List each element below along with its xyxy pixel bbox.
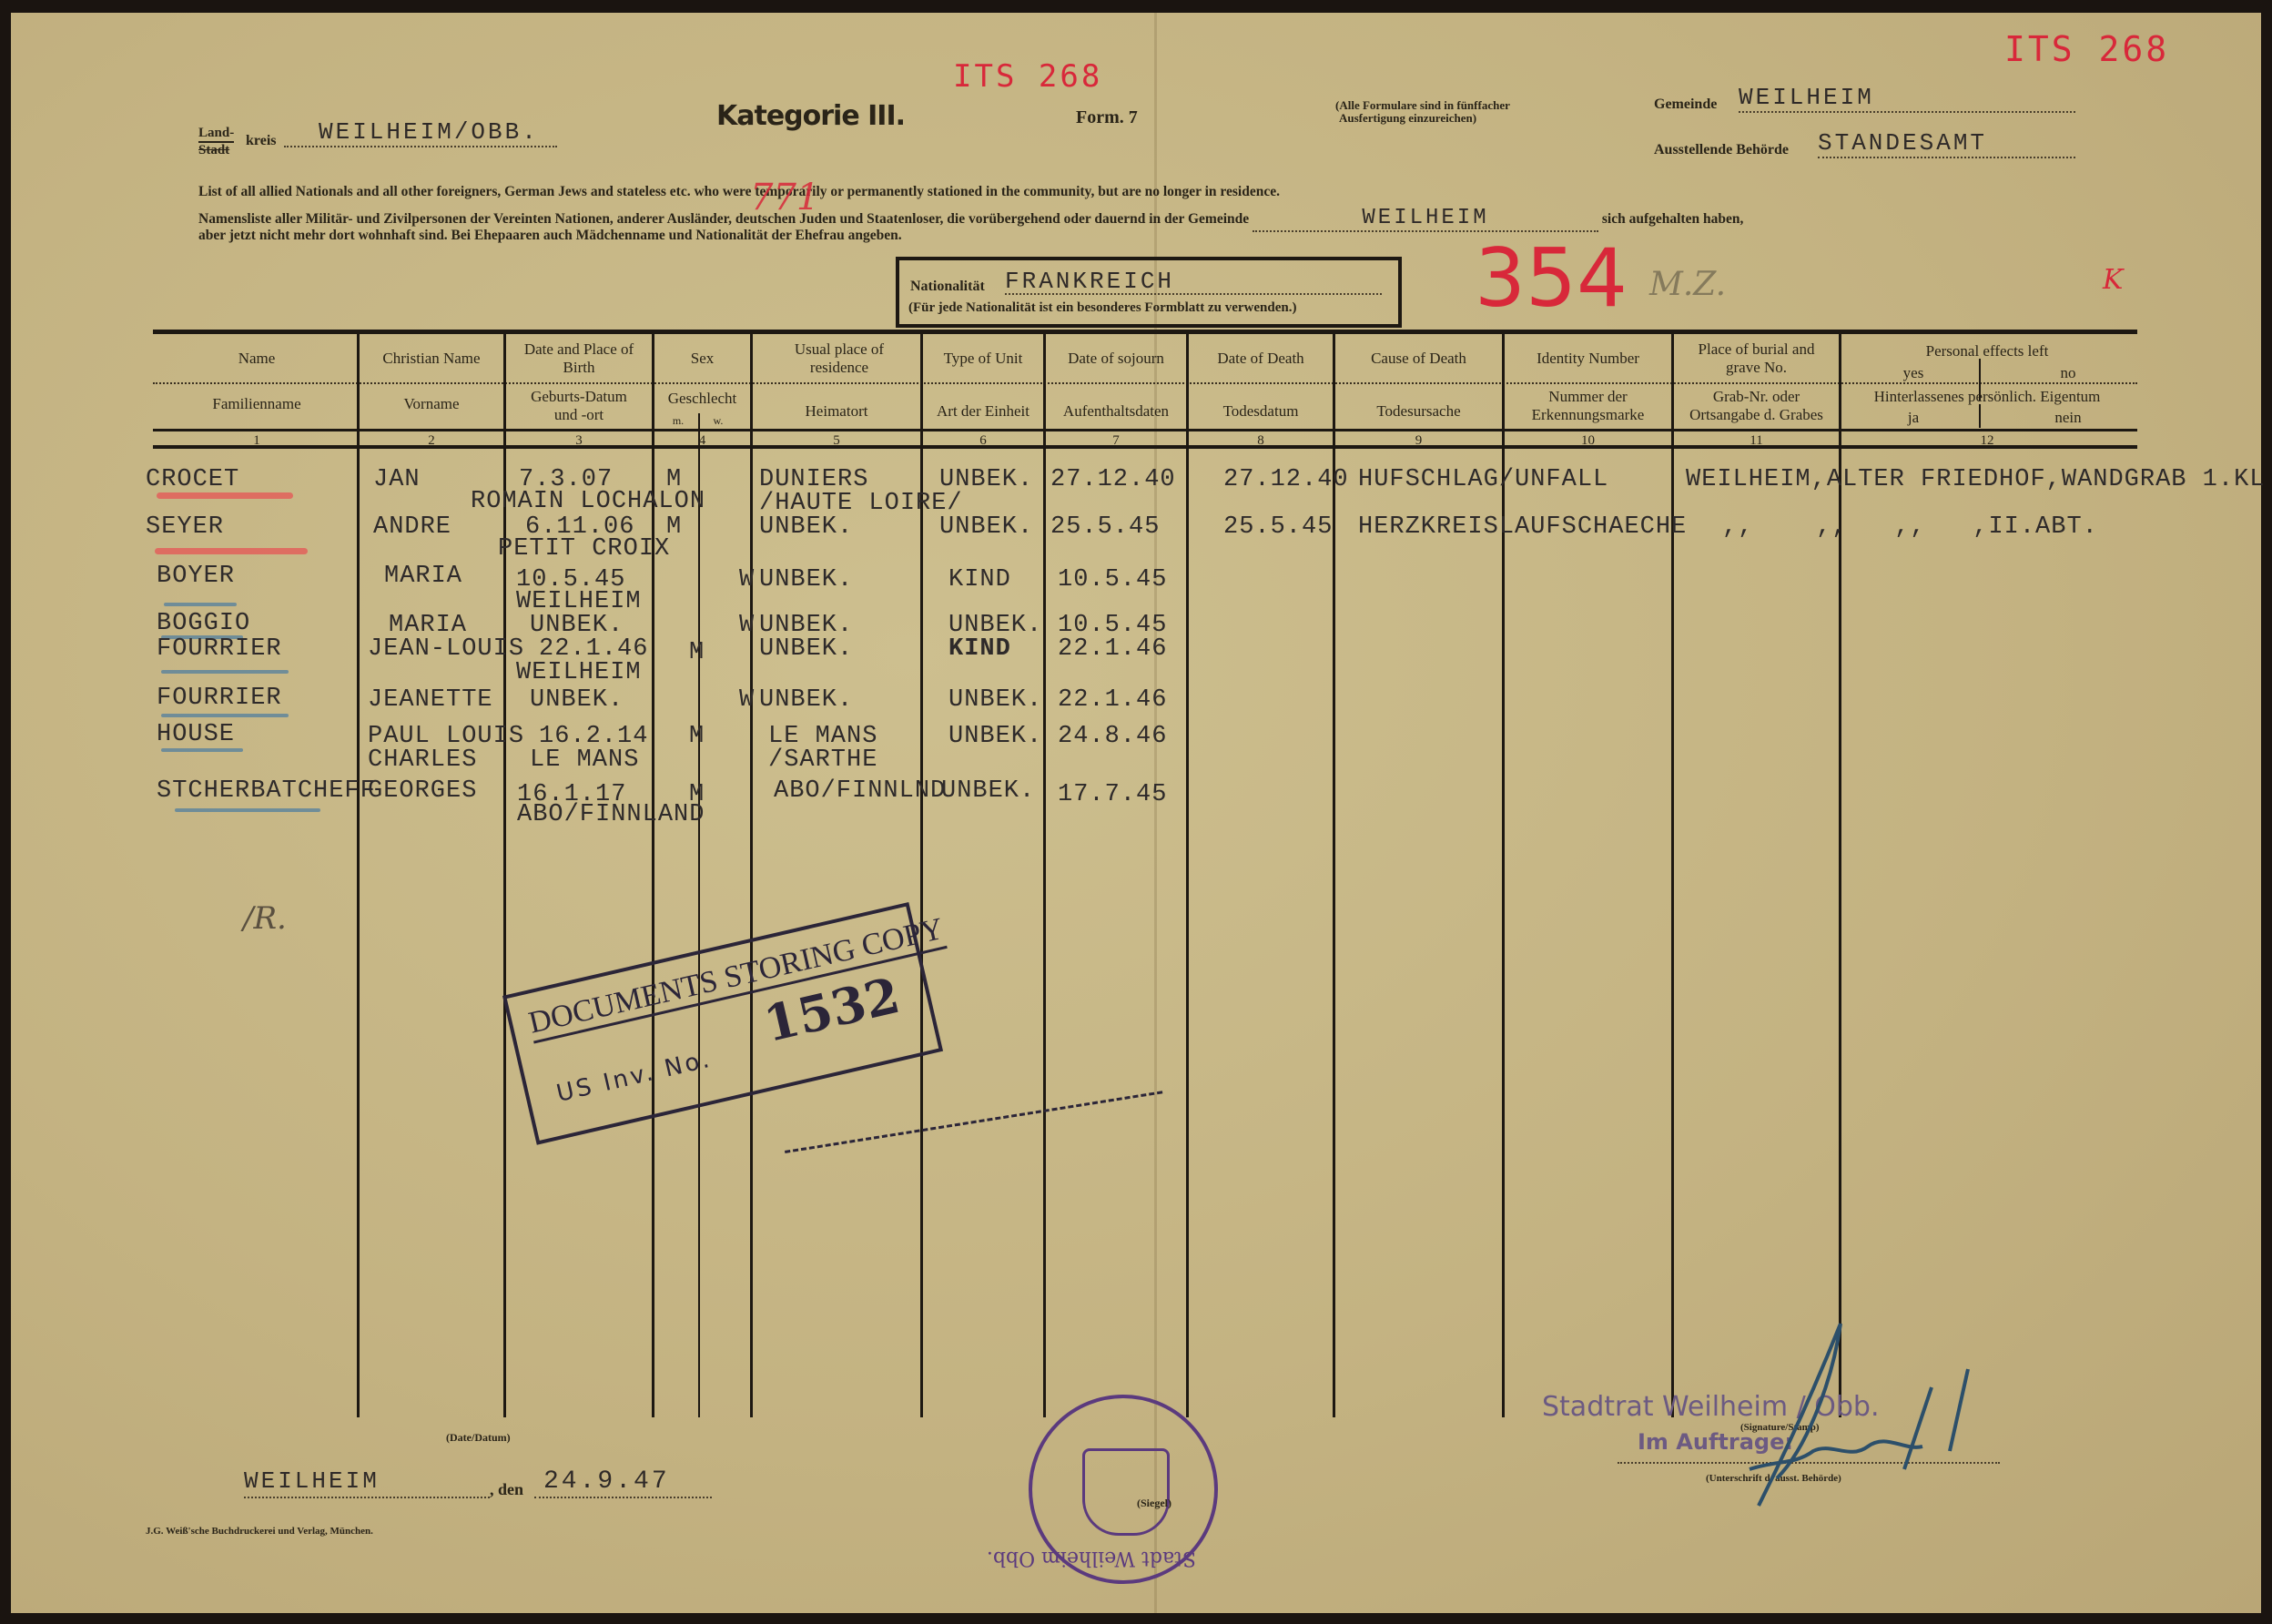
- col-header-yes: yes: [1868, 364, 1959, 382]
- col-header-de-7: Aufenthaltsdaten: [1046, 402, 1186, 421]
- cell-sojourn: 22.1.46: [1058, 637, 1167, 661]
- den-label: , den: [490, 1480, 523, 1499]
- col-header-en-12: Personal effects left: [1841, 342, 2133, 360]
- col-header-en-1: Name: [157, 350, 357, 368]
- handwritten-initials: M.Z.: [1649, 266, 1726, 303]
- cell-birth-place: WEILHEIM: [516, 590, 642, 614]
- cell-name: STCHERBATCHEFF: [157, 779, 376, 803]
- gemeinde-value: WEILHEIM: [1739, 84, 1874, 111]
- cell-sojourn: 27.12.40: [1050, 468, 1176, 492]
- col-num-11: 11: [1674, 431, 1839, 450]
- cell-birth-place: ABO/FINNLAND: [517, 803, 705, 827]
- cell-death-cause: HERZKREISLAUFSCHAECHE: [1358, 515, 1687, 539]
- nationality-label: Nationalität: [910, 279, 985, 295]
- blue-underline: [161, 714, 289, 717]
- cell-birth-date: 16.2.14: [539, 725, 648, 748]
- cell-unit: UNBEK.: [939, 468, 1033, 492]
- col-header-de-10: Nummer der Erkennungsmarke: [1522, 388, 1654, 424]
- instruction-note-line2: Ausfertigung einzureichen): [1335, 112, 1510, 125]
- cell-sex: M: [666, 468, 682, 492]
- its-mark-right: ITS 268: [2004, 29, 2169, 69]
- cell-sojourn: 17.7.45: [1058, 783, 1167, 807]
- cell-birth-date: UNBEK.: [530, 688, 624, 712]
- city-seal: Stadt Weilheim Obb. (Siegel): [1029, 1395, 1218, 1584]
- cell-residence: UNBEK.: [759, 614, 853, 637]
- col-header-ja: ja: [1868, 409, 1959, 427]
- page-fold: [1154, 13, 1157, 1613]
- cell-christian: MARIA: [384, 564, 462, 588]
- cell-sojourn: 22.1.46: [1058, 688, 1167, 712]
- documents-storing-stamp: DOCUMENTS STORING COPY US Inv. No. 1532: [502, 902, 943, 1145]
- date-value: 24.9.47: [534, 1467, 670, 1496]
- nationality-box: Nationalität FRANKREICH (Für jede Nation…: [896, 257, 1402, 328]
- col-divider: [1502, 334, 1505, 1417]
- cell-birth-place: WEILHEIM: [516, 661, 642, 685]
- instruction-note: (Alle Formulare sind in fünffacher Ausfe…: [1335, 99, 1510, 125]
- cell-christian: GEORGES: [368, 779, 477, 803]
- col-header-de-11: Grab-Nr. oder Ortsangabe d. Grabes: [1681, 388, 1831, 424]
- cell-birth-date: UNBEK.: [530, 614, 624, 637]
- col-header-de-2: Vorname: [360, 395, 503, 413]
- cell-sex: W: [739, 614, 755, 637]
- gemeinde-field: WEILHEIM: [1739, 84, 2075, 113]
- blue-underline: [161, 748, 243, 752]
- cell-name: FOURRIER: [157, 686, 282, 710]
- col-header-en-8: Date of Death: [1189, 350, 1333, 368]
- intro-line2-suffix: sich aufgehalten haben,: [1602, 211, 1743, 227]
- place-value: WEILHEIM: [244, 1467, 380, 1495]
- cell-residence: UNBEK.: [759, 515, 853, 539]
- instruction-note-line1: (Alle Formulare sind in fünffacher: [1335, 99, 1510, 112]
- intro-line2-prefix: Namensliste aller Militär- und Zivilpers…: [198, 211, 1249, 227]
- col-header-en-5: Usual place of residence: [780, 340, 898, 377]
- cell-unit: UNBEK.: [948, 688, 1042, 712]
- cell-sojourn: 10.5.45: [1058, 568, 1167, 592]
- cell-residence: UNBEK.: [759, 637, 853, 661]
- col-num-6: 6: [923, 431, 1043, 450]
- date-field: 24.9.47: [534, 1467, 712, 1498]
- cell-name: HOUSE: [157, 723, 235, 746]
- intro-line3: aber jetzt nicht mehr dort wohnhaft sind…: [198, 228, 902, 244]
- col-header-de-8: Todesdatum: [1189, 402, 1333, 421]
- cell-sex: M: [666, 515, 682, 539]
- category-title: Kategorie III.: [716, 100, 905, 132]
- authority-field: STANDESAMT: [1818, 129, 2075, 158]
- landkreis-field: WEILHEIM/OBB.: [284, 118, 557, 147]
- col-header-de-4: Geschlecht: [654, 390, 750, 408]
- intro-gemeinde-field: WEILHEIM: [1253, 206, 1598, 232]
- margin-initial: /R.: [243, 900, 287, 937]
- cell-residence: ABO/FINNLND: [774, 779, 946, 803]
- col-num-1: 1: [157, 431, 357, 450]
- col-header-de-1: Familienname: [157, 395, 357, 413]
- cell-christian: JAN: [373, 468, 421, 492]
- col-header-en-11: Place of burial and grave No.: [1695, 340, 1818, 377]
- landkreis-label-struck: Stadt: [198, 143, 229, 158]
- cell-unit: KIND: [948, 568, 1011, 592]
- col-divider: [1333, 334, 1335, 1417]
- cell-sex: M: [689, 725, 705, 748]
- blue-underline: [164, 603, 237, 606]
- col-header-de-3: Geburts-Datum und -ort: [521, 388, 637, 424]
- cell-name: BOGGIO: [157, 612, 250, 635]
- intro-gemeinde-value: WEILHEIM: [1362, 206, 1488, 230]
- cell-residence: UNBEK.: [759, 688, 853, 712]
- col-num-2: 2: [360, 431, 503, 450]
- coat-of-arms-icon: [1082, 1448, 1170, 1536]
- seal-text: Stadt Weilheim Obb.: [987, 1547, 1196, 1569]
- col-header-de-12: Hinterlassenes persönlich. Eigentum: [1841, 388, 2133, 406]
- cell-sojourn: 25.5.45: [1050, 515, 1160, 539]
- cell-birth-place: PETIT CROIX: [498, 537, 670, 561]
- stamp-line2: US Inv. No.: [554, 1046, 715, 1108]
- cell-christian: JEANETTE: [368, 688, 493, 712]
- cell-sex: W: [739, 688, 755, 712]
- cell-name: BOYER: [157, 564, 235, 588]
- red-pencil-mark: 771: [750, 177, 819, 218]
- form-number: Form. 7: [1076, 107, 1138, 128]
- stamp-dash-line: [785, 1091, 1162, 1153]
- col-divider-sex: [698, 413, 700, 1417]
- col-header-en-10: Identity Number: [1505, 350, 1671, 368]
- gemeinde-label: Gemeinde: [1654, 96, 1717, 113]
- cell-name: SEYER: [146, 515, 224, 539]
- col-divider: [357, 334, 360, 1417]
- landkreis-label-suffix: kreis: [246, 133, 276, 149]
- authority-label: Ausstellende Behörde: [1654, 142, 1789, 158]
- cell-unit: UNBEK.: [939, 515, 1033, 539]
- cell-burial: WEILHEIM,ALTER FRIEDHOF,WANDGRAB 1.KL: [1686, 468, 2266, 492]
- red-underline: [155, 548, 308, 554]
- col-header-de-6: Art der Einheit: [923, 402, 1043, 421]
- intro-line1: List of all allied Nationals and all oth…: [198, 184, 1280, 200]
- cell-sojourn: 10.5.45: [1058, 614, 1167, 637]
- cell-christian: MARIA: [389, 614, 467, 637]
- cell-residence: DUNIERS /HAUTE LOIRE/: [759, 468, 963, 515]
- cell-residence: UNBEK.: [759, 568, 853, 592]
- col-header-nein: nein: [2023, 409, 2114, 427]
- red-underline: [157, 492, 293, 499]
- col-num-9: 9: [1335, 431, 1502, 450]
- cell-birth-place: LE MANS: [530, 748, 639, 772]
- col-num-4: 4: [654, 431, 750, 450]
- col-sex-m: m.: [664, 411, 692, 430]
- cell-birth-date: 22.1.46: [539, 637, 648, 661]
- landkreis-label-top: Land-: [198, 126, 234, 143]
- cell-christian: ANDRE: [373, 515, 451, 539]
- col-divider: [1186, 334, 1189, 1417]
- cell-sex: M: [689, 783, 705, 807]
- cell-sex: W: [739, 568, 755, 592]
- col-header-en-4: Sex: [654, 350, 750, 368]
- blue-underline: [175, 808, 320, 812]
- printer-imprint: J.G. Weiß'sche Buchdruckerei und Verlag,…: [146, 1526, 373, 1537]
- col-header-no: no: [2023, 364, 2114, 382]
- col-divider: [1839, 334, 1841, 1417]
- place-field: WEILHEIM: [244, 1467, 490, 1498]
- cell-unit: UNBEK.: [948, 614, 1042, 637]
- cell-unit: UNBEK.: [948, 725, 1042, 748]
- cell-sojourn: 24.8.46: [1058, 725, 1167, 748]
- cell-unit: KIND: [948, 637, 1011, 661]
- col-num-8: 8: [1189, 431, 1333, 450]
- col-header-en-6: Type of Unit: [923, 350, 1043, 368]
- col-header-de-5: Heimatort: [753, 402, 920, 421]
- date-label: (Date/Datum): [446, 1431, 511, 1445]
- col-divider: [1671, 334, 1674, 1417]
- col-num-7: 7: [1046, 431, 1186, 450]
- col-header-en-3: Date and Place of Birth: [521, 340, 637, 377]
- col-sex-w: w.: [705, 411, 732, 430]
- blue-underline: [161, 670, 289, 674]
- col-header-en-9: Cause of Death: [1335, 350, 1502, 368]
- cell-burial: ,, ,, ,, ,II.ABT.: [1722, 515, 2098, 539]
- document-page: ITS 268 ITS 268 Land- Stadt kreis WEILHE…: [11, 13, 2261, 1613]
- col-num-5: 5: [753, 431, 920, 450]
- cell-death-date: 25.5.45: [1223, 515, 1333, 539]
- seal-label: (Siegel): [1137, 1497, 1171, 1510]
- col-divider: [750, 334, 753, 1417]
- its-mark-center: ITS 268: [953, 58, 1102, 95]
- handwritten-number: 354: [1475, 231, 1628, 325]
- landkreis-value: WEILHEIM/OBB.: [284, 118, 539, 146]
- cell-unit: UNBEK.: [941, 779, 1035, 803]
- handwritten-signature-icon: [1722, 1314, 1995, 1533]
- red-check-mark: K: [2103, 264, 2123, 296]
- col-header-de-9: Todesursache: [1335, 402, 1502, 421]
- col-divider: [1043, 334, 1046, 1417]
- cell-sex: M: [689, 641, 705, 665]
- cell-name: FOURRIER: [157, 637, 282, 661]
- nationality-field: FRANKREICH: [1005, 268, 1382, 295]
- cell-name: CROCET: [146, 468, 239, 492]
- authority-value: STANDESAMT: [1818, 129, 1987, 157]
- cell-death-cause: HUFSCHLAG/UNFALL: [1358, 468, 1608, 492]
- col-divider-ja-nein: [1979, 404, 1981, 428]
- nationality-value: FRANKREICH: [1005, 268, 1174, 295]
- col-header-en-2: Christian Name: [360, 350, 503, 368]
- col-num-10: 10: [1505, 431, 1671, 450]
- cell-residence: LE MANS /SARTHE: [768, 725, 877, 772]
- col-header-en-7: Date of sojourn: [1046, 350, 1186, 368]
- col-num-3: 3: [506, 431, 652, 450]
- cell-christian: JEAN-LOUIS: [368, 637, 524, 661]
- cell-christian: PAUL LOUIS CHARLES: [368, 725, 524, 772]
- col-num-12: 12: [1841, 431, 2133, 450]
- cell-death-date: 27.12.40: [1223, 468, 1349, 492]
- nationality-note: (Für jede Nationalität ist ein besondere…: [908, 300, 1296, 316]
